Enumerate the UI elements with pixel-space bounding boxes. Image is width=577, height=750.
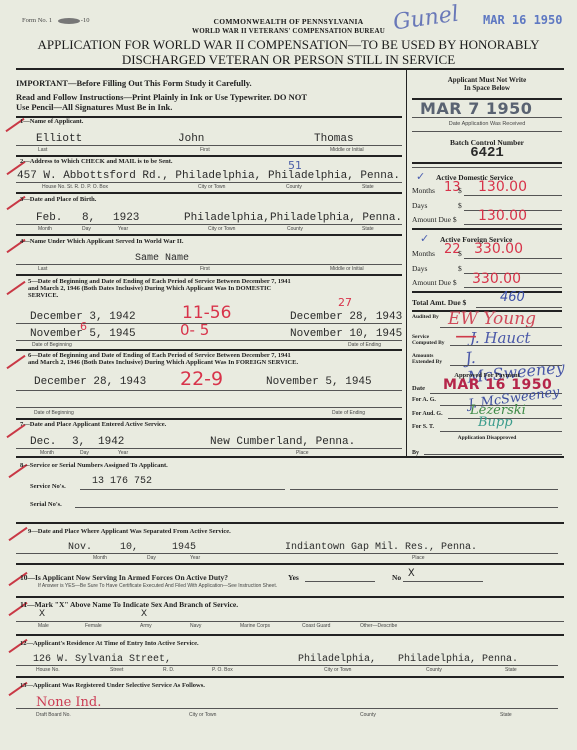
- sublabel: Middle or Initial: [330, 266, 364, 272]
- rule: [440, 431, 562, 432]
- sublabel: Date of Ending: [332, 410, 365, 416]
- foreign-days-label: Days: [412, 264, 427, 273]
- q6-calc: 22-9: [180, 368, 223, 390]
- sublabel: Middle or Initial: [330, 147, 364, 153]
- office-header: Applicant Must Not Write In Space Below: [412, 76, 562, 92]
- rule: [16, 596, 564, 598]
- domestic-due-label: Amount Due $: [412, 215, 457, 224]
- rule: [476, 307, 562, 308]
- sublabel: Last: [38, 266, 47, 272]
- q1-first-name: John: [178, 133, 204, 145]
- q5-row2-calc: 0- 5: [180, 321, 209, 339]
- sublabel: City or Town: [189, 712, 216, 718]
- q11-option-label: Female: [85, 623, 102, 629]
- domestic-due: 130.00: [478, 208, 527, 224]
- rule: [450, 365, 562, 366]
- sublabel: Street: [110, 667, 123, 673]
- dollar-sign: $: [458, 186, 462, 195]
- sublabel: House No.: [36, 667, 60, 673]
- q13-label: 13—Applicant Was Registered Under Select…: [20, 682, 205, 689]
- sublabel: City or Town: [324, 667, 351, 673]
- q9-label: 9—Date and Place Where Applicant Was Sep…: [28, 528, 231, 535]
- q11-mark: [361, 609, 397, 621]
- rule: [16, 264, 402, 265]
- foreign-months-label: Months: [412, 249, 435, 258]
- received-date-stamp: MAR 16 1950: [483, 13, 562, 27]
- q10-yes-label: Yes: [288, 573, 299, 582]
- rule: [16, 621, 564, 622]
- foreign-due: 330.00: [472, 271, 521, 287]
- q7-label: 7—Date and Place Applicant Entered Activ…: [20, 421, 166, 428]
- q12-label: 12—Applicant's Residence At Time of Entr…: [20, 640, 199, 647]
- q1-label: 1—Name of Applicant.: [20, 118, 83, 125]
- sublabel: Day: [82, 226, 91, 232]
- rule: [16, 155, 402, 157]
- sublabel: Day: [147, 555, 156, 561]
- q11-option-other-describe[interactable]: Other—Describe: [360, 609, 397, 629]
- office-received-stamp: MAR 7 1950: [420, 99, 532, 118]
- q6-label-line1: 6—Date of Beginning and Date of Ending o…: [28, 352, 402, 359]
- sublabel: County: [287, 226, 303, 232]
- sublabel: First: [200, 147, 210, 153]
- q11-option-label: Coast Guard: [302, 623, 330, 629]
- received-label: Date Application Was Received: [412, 121, 562, 127]
- audited-label: Audited By: [412, 314, 442, 320]
- sublabel: Draft Board No.: [36, 712, 71, 718]
- q3-year: 1923: [113, 212, 139, 224]
- audg-label: For Aud. G.: [412, 411, 443, 417]
- rule: [412, 131, 562, 132]
- rule: [16, 448, 402, 449]
- rule: [16, 234, 402, 236]
- office-header-line1: Applicant Must Not Write: [412, 76, 562, 84]
- q5-row1-end-correction: 27: [338, 296, 352, 309]
- sublabel: Date of Ending: [348, 342, 381, 348]
- q11-option-male[interactable]: XMale: [38, 609, 49, 629]
- by-label: By: [412, 450, 419, 456]
- q3-label: 3—Date and Place of Birth.: [20, 196, 96, 203]
- check-mark: [8, 527, 27, 541]
- q10-no-value: X: [408, 568, 415, 580]
- domestic-months-amount: 130.00: [478, 179, 527, 195]
- rule: [464, 287, 562, 288]
- q5-row2-begin-correction: 6: [80, 320, 87, 333]
- q7-day: 3,: [72, 436, 85, 448]
- q10-no-label: No: [392, 573, 401, 582]
- st-label: For S. T.: [412, 424, 434, 430]
- q5-label-line2: and March 2, 1946 (Both Dates Inclusive)…: [28, 285, 402, 292]
- q11-mark: X: [141, 609, 152, 621]
- q7-place: New Cumberland, Penna.: [210, 436, 355, 448]
- sublabel: First: [200, 266, 210, 272]
- disapproved-label: Application Disapproved: [412, 435, 562, 441]
- foreign-months-amount: 330.00: [474, 241, 523, 257]
- rule: [412, 162, 562, 164]
- q3-city: Philadelphia,: [184, 212, 270, 224]
- rule: [464, 258, 562, 259]
- ag-label: For A. G.: [412, 397, 436, 403]
- st-signature: Bupp: [478, 415, 513, 430]
- rule: [424, 454, 562, 455]
- rule: [16, 634, 564, 636]
- q2-label: 2—Address to Which CHECK and MAIL is to …: [20, 158, 173, 165]
- foreign-due-label: Amount Due $: [412, 278, 457, 287]
- computed-label: Service Computed By: [412, 334, 452, 346]
- q11-mark: X: [39, 609, 49, 621]
- q4-label: 4—Name Under Which Applicant Served In W…: [20, 238, 184, 245]
- dollar-sign: $: [458, 249, 462, 258]
- q8-label: 8—Service or Serial Numbers Assigned To …: [20, 462, 168, 469]
- office-header-line2: In Space Below: [412, 84, 562, 92]
- rule: [16, 349, 402, 351]
- sublabel: Year: [190, 555, 200, 561]
- extended-label: Amounts Extended By: [412, 353, 452, 365]
- batch-number: 6421: [412, 145, 562, 161]
- rule: [16, 665, 558, 666]
- q11-option-coast-guard[interactable]: Coast Guard: [302, 609, 330, 629]
- q10-yes-field[interactable]: [305, 581, 375, 582]
- header-rule: [16, 68, 564, 70]
- sublabel: House No. St. R. D. P. O. Box: [42, 184, 108, 190]
- rule: [16, 182, 402, 183]
- rule: [16, 192, 402, 194]
- sublabel: Month: [93, 555, 107, 561]
- q11-option-navy[interactable]: Navy: [190, 609, 201, 629]
- rule: [16, 274, 402, 276]
- rule: [16, 563, 564, 565]
- q3-month: Feb.: [36, 212, 62, 224]
- rule: [16, 522, 564, 524]
- q9-month: Nov.: [68, 542, 92, 553]
- domestic-check-icon: ✓: [416, 170, 425, 183]
- rule: [16, 390, 402, 391]
- q10-label: 10—Is Applicant Now Serving In Armed For…: [20, 573, 228, 582]
- date-label: Date: [412, 385, 425, 392]
- rule: [290, 489, 558, 490]
- header-line2: WORLD WAR II VETERANS' COMPENSATION BURE…: [0, 27, 577, 35]
- dollar-sign: $: [458, 201, 462, 210]
- q11-option-label: Army: [140, 623, 152, 629]
- q2-county-state: Philadelphia, Penna.: [268, 170, 400, 182]
- q11-option-label: Male: [38, 623, 49, 629]
- sublabel: Date of Beginning: [34, 410, 74, 416]
- q5-row1-calc: 11-56: [182, 303, 231, 323]
- sublabel: Year: [118, 226, 128, 232]
- q4-value: Same Name: [135, 253, 189, 264]
- q1-last-name: Elliott: [36, 133, 82, 145]
- sublabel: Month: [38, 226, 52, 232]
- rule: [16, 708, 558, 709]
- rule: [412, 291, 562, 293]
- serial-numbers-label: Serial No's.: [30, 501, 62, 508]
- important-note: IMPORTANT—Before Filling Out This Form S…: [16, 78, 252, 88]
- service-numbers-label: Service No's.: [30, 483, 66, 490]
- rule: [16, 224, 402, 225]
- rule: [412, 117, 562, 118]
- q5-row1-end: December 28, 1943: [290, 311, 402, 323]
- q6-begin: December 28, 1943: [34, 376, 146, 388]
- foreign-check-icon: ✓: [420, 232, 429, 245]
- sublabel: State: [500, 712, 512, 718]
- sublabel: State: [362, 226, 374, 232]
- q11-option-label: Other—Describe: [360, 623, 397, 629]
- title-line1: APPLICATION FOR WORLD WAR II COMPENSATIO…: [0, 37, 577, 53]
- title-line2: DISCHARGED VETERAN OR PERSON STILL IN SE…: [0, 52, 577, 68]
- rule: [16, 553, 558, 554]
- q11-mark: [303, 609, 330, 621]
- sublabel: Place: [412, 555, 425, 561]
- sublabel: City or Town: [208, 226, 235, 232]
- q11-label: 11—Mark "X" Above Name To Indicate Sex A…: [20, 600, 238, 609]
- rule: [412, 167, 562, 168]
- q11-option-label: Marine Corps: [240, 623, 270, 629]
- check-mark: [6, 281, 25, 295]
- q11-mark: [86, 609, 102, 621]
- q9-year: 1945: [172, 542, 196, 553]
- sublabel: Last: [38, 147, 47, 153]
- q12-city: Philadelphia,: [298, 654, 376, 665]
- q10-no-field[interactable]: [403, 581, 483, 582]
- domestic-days-label: Days: [412, 201, 427, 210]
- sublabel: County: [360, 712, 376, 718]
- instructions-line2: Use Pencil—All Signatures Must Be in Ink…: [16, 102, 172, 112]
- q11-option-army[interactable]: XArmy: [140, 609, 152, 629]
- sublabel: R. D.: [163, 667, 174, 673]
- rule: [16, 456, 564, 458]
- rule: [16, 340, 402, 341]
- q11-option-female[interactable]: Female: [85, 609, 102, 629]
- rule: [75, 507, 558, 508]
- q5-row2-end: November 10, 1945: [290, 328, 402, 340]
- q7-year: 1942: [98, 436, 124, 448]
- q2-street: 457 W. Abbottsford Rd., Philadelphia,: [17, 170, 261, 182]
- total-label: Total Amt. Due $: [412, 298, 466, 307]
- domestic-months-label: Months: [412, 186, 435, 195]
- instructions-line1: Read and Follow Instructions—Print Plain…: [16, 92, 307, 102]
- sublabel: Date of Beginning: [32, 342, 72, 348]
- q11-mark: [191, 609, 201, 621]
- sublabel: County: [286, 184, 302, 190]
- q12-street: 126 W. Sylvania Street,: [33, 654, 171, 665]
- rule: [16, 145, 402, 146]
- sublabel: County: [426, 667, 442, 673]
- q3-county-state: Philadelphia, Penna.: [270, 212, 402, 224]
- q11-option-marine-corps[interactable]: Marine Corps: [240, 609, 270, 629]
- sublabel: State: [362, 184, 374, 190]
- q11-mark: [241, 609, 270, 621]
- rule: [412, 228, 562, 230]
- sublabel: City or Town: [198, 184, 225, 190]
- rule: [16, 676, 564, 678]
- q12-county-state: Philadelphia, Penna.: [398, 654, 518, 665]
- q9-place: Indiantown Gap Mil. Res., Penna.: [285, 542, 477, 553]
- q9-day: 10,: [120, 542, 138, 553]
- q1-middle-name: Thomas: [314, 133, 354, 145]
- total-amount: 460: [500, 290, 525, 305]
- service-numbers-value: 13 176 752: [92, 476, 152, 487]
- rule: [16, 418, 402, 420]
- q5-label-line1: 5—Date of Beginning and Date of Ending o…: [28, 278, 402, 285]
- q7-month: Dec.: [30, 436, 56, 448]
- check-mark: [6, 355, 25, 369]
- q10-note: If Answer is YES—Be Sure To Have Certifi…: [38, 583, 277, 589]
- rule: [16, 407, 402, 408]
- rule: [464, 195, 562, 196]
- q3-day: 8,: [82, 212, 95, 224]
- sublabel: State: [505, 667, 517, 673]
- q6-label-line2: and March 2, 1946 (Both Dates Inclusive)…: [28, 359, 402, 366]
- sublabel: P. O. Box: [212, 667, 233, 673]
- rule: [80, 489, 285, 490]
- q6-label: 6—Date of Beginning and Date of Ending o…: [28, 352, 402, 366]
- dollar-sign: $: [458, 264, 462, 273]
- q11-option-label: Navy: [190, 623, 201, 629]
- rule: [464, 224, 562, 225]
- q6-end: November 5, 1945: [266, 376, 372, 388]
- office-column-divider: [406, 68, 407, 456]
